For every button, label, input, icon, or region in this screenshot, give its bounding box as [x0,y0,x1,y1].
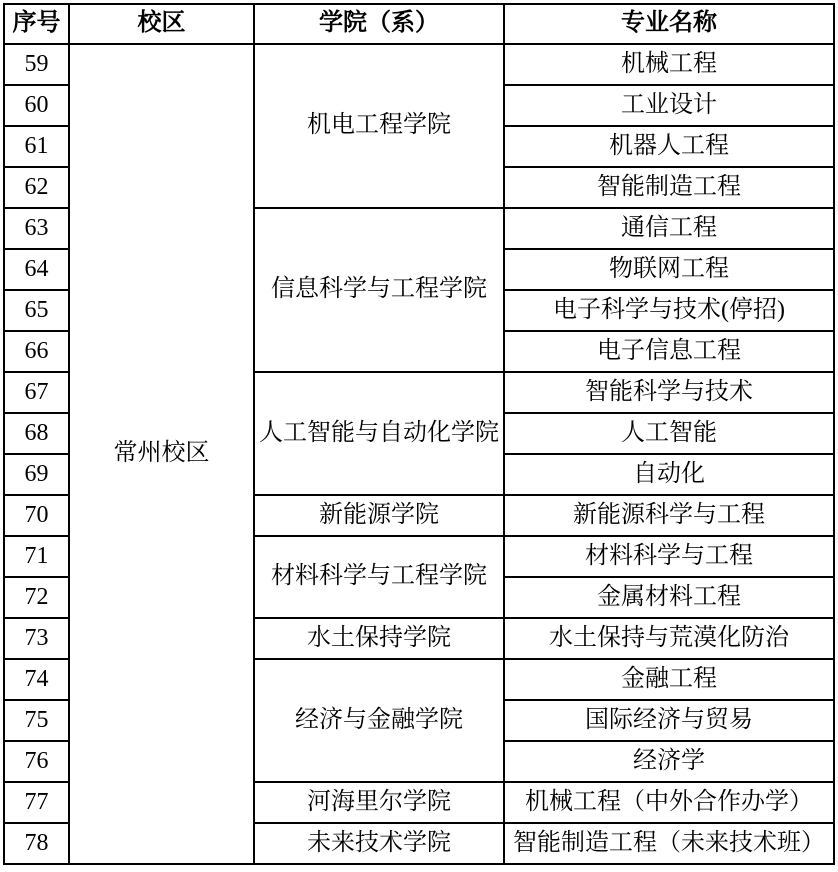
major-cell: 水土保持与荒漠化防治 [504,618,834,659]
table-header-row: 序号 校区 学院（系） 专业名称 [4,4,834,44]
major-cell: 电子信息工程 [504,331,834,372]
major-cell: 机器人工程 [504,126,834,167]
college-cell: 河海里尔学院 [254,782,504,823]
major-cell: 国际经济与贸易 [504,700,834,741]
major-cell: 经济学 [504,741,834,782]
serial-cell: 76 [4,741,69,782]
college-cell: 信息科学与工程学院 [254,208,504,372]
serial-cell: 70 [4,495,69,536]
serial-cell: 75 [4,700,69,741]
major-cell: 智能制造工程 [504,167,834,208]
college-cell: 材料科学与工程学院 [254,536,504,618]
serial-cell: 66 [4,331,69,372]
campus-cell: 常州校区 [69,44,254,864]
major-cell: 自动化 [504,454,834,495]
header-campus: 校区 [69,4,254,44]
majors-table: 序号 校区 学院（系） 专业名称 59 常州校区 机电工程学院 机械工程 60 … [3,3,835,865]
college-cell: 未来技术学院 [254,823,504,864]
major-cell: 工业设计 [504,85,834,126]
serial-cell: 69 [4,454,69,495]
serial-cell: 71 [4,536,69,577]
major-cell: 金属材料工程 [504,577,834,618]
college-cell: 人工智能与自动化学院 [254,372,504,495]
serial-cell: 60 [4,85,69,126]
serial-cell: 68 [4,413,69,454]
major-cell: 金融工程 [504,659,834,700]
serial-cell: 65 [4,290,69,331]
document-page: 序号 校区 学院（系） 专业名称 59 常州校区 机电工程学院 机械工程 60 … [0,0,838,872]
serial-cell: 74 [4,659,69,700]
major-cell: 通信工程 [504,208,834,249]
college-cell: 机电工程学院 [254,44,504,208]
serial-cell: 77 [4,782,69,823]
serial-cell: 62 [4,167,69,208]
major-cell: 人工智能 [504,413,834,454]
serial-cell: 73 [4,618,69,659]
major-cell: 新能源科学与工程 [504,495,834,536]
serial-cell: 67 [4,372,69,413]
serial-cell: 63 [4,208,69,249]
serial-cell: 78 [4,823,69,864]
major-cell: 智能制造工程（未来技术班） [504,823,834,864]
table-row: 59 常州校区 机电工程学院 机械工程 [4,44,834,85]
major-cell: 电子科学与技术(停招) [504,290,834,331]
major-cell: 材料科学与工程 [504,536,834,577]
college-cell: 水土保持学院 [254,618,504,659]
major-cell: 机械工程 [504,44,834,85]
serial-cell: 72 [4,577,69,618]
header-serial-number: 序号 [4,4,69,44]
major-cell: 智能科学与技术 [504,372,834,413]
serial-cell: 64 [4,249,69,290]
major-cell: 机械工程（中外合作办学） [504,782,834,823]
college-cell: 新能源学院 [254,495,504,536]
header-major-name: 专业名称 [504,4,834,44]
college-cell: 经济与金融学院 [254,659,504,782]
serial-cell: 59 [4,44,69,85]
header-college: 学院（系） [254,4,504,44]
major-cell: 物联网工程 [504,249,834,290]
serial-cell: 61 [4,126,69,167]
